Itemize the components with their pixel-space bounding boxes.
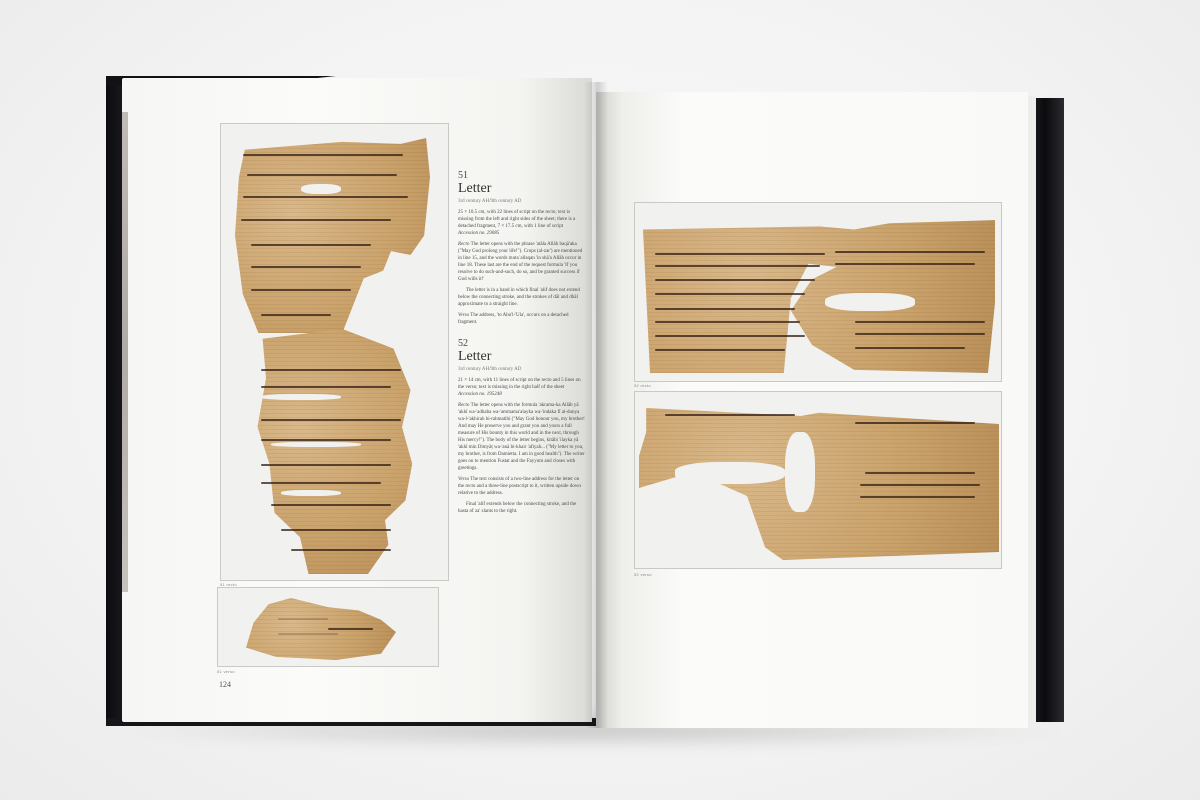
catalogue-text-column: 51 Letter 3rd century AH/9th century AD … — [458, 170, 586, 527]
entry-verso: Verso The address, 'to Abu'l-'Ula', occu… — [458, 312, 586, 326]
entry-paragraph: The letter is in a hand in which final '… — [458, 287, 586, 308]
entry-dimensions: 25 × 10.5 cm, with 22 lines of script on… — [458, 209, 586, 237]
caption-51-verso: 51 verso — [217, 669, 235, 674]
book-scene: 51 recto 51 verso 124 51 Letter 3rd cent… — [0, 0, 1200, 800]
papyrus-51-verso — [246, 598, 396, 660]
left-page-edge — [122, 112, 128, 592]
plate-52-verso — [634, 391, 1002, 569]
plate-52-recto — [634, 202, 1002, 382]
entry-number: 51 — [458, 170, 586, 181]
entry-recto: Recto The letter opens with the phrase '… — [458, 241, 586, 283]
papyrus-51-recto-bottom — [249, 329, 419, 574]
papyrus-51-recto-top — [235, 138, 430, 333]
entry-52: 52 Letter 3rd century AH/9th century AD … — [458, 338, 586, 515]
entry-paragraph: Final 'alif extends below the connecting… — [458, 501, 586, 515]
entry-dimensions: 21 × 14 cm, with 11 lines of script on t… — [458, 377, 586, 398]
entry-number: 52 — [458, 338, 586, 349]
caption-52-recto: 52 recto — [634, 383, 651, 388]
entry-recto: Recto The letter opens with the formula … — [458, 402, 586, 472]
entry-date: 3rd century AH/9th century AD — [458, 366, 586, 373]
book-cover-right — [1032, 98, 1064, 722]
entry-date: 3rd century AH/9th century AD — [458, 198, 586, 205]
page-number: 124 — [219, 680, 231, 689]
book-gutter — [584, 82, 608, 728]
plate-51-recto — [220, 123, 449, 581]
entry-accession: Accession no. 29085 — [458, 231, 499, 236]
plate-51-verso — [217, 587, 439, 667]
entry-title: Letter — [458, 349, 586, 364]
entry-accession: Accession no. 195248 — [458, 392, 502, 397]
entry-verso: Verso The text consists of a two-line ad… — [458, 476, 586, 497]
entry-title: Letter — [458, 181, 586, 196]
caption-52-verso: 52 verso — [634, 572, 652, 577]
entry-51: 51 Letter 3rd century AH/9th century AD … — [458, 170, 586, 326]
